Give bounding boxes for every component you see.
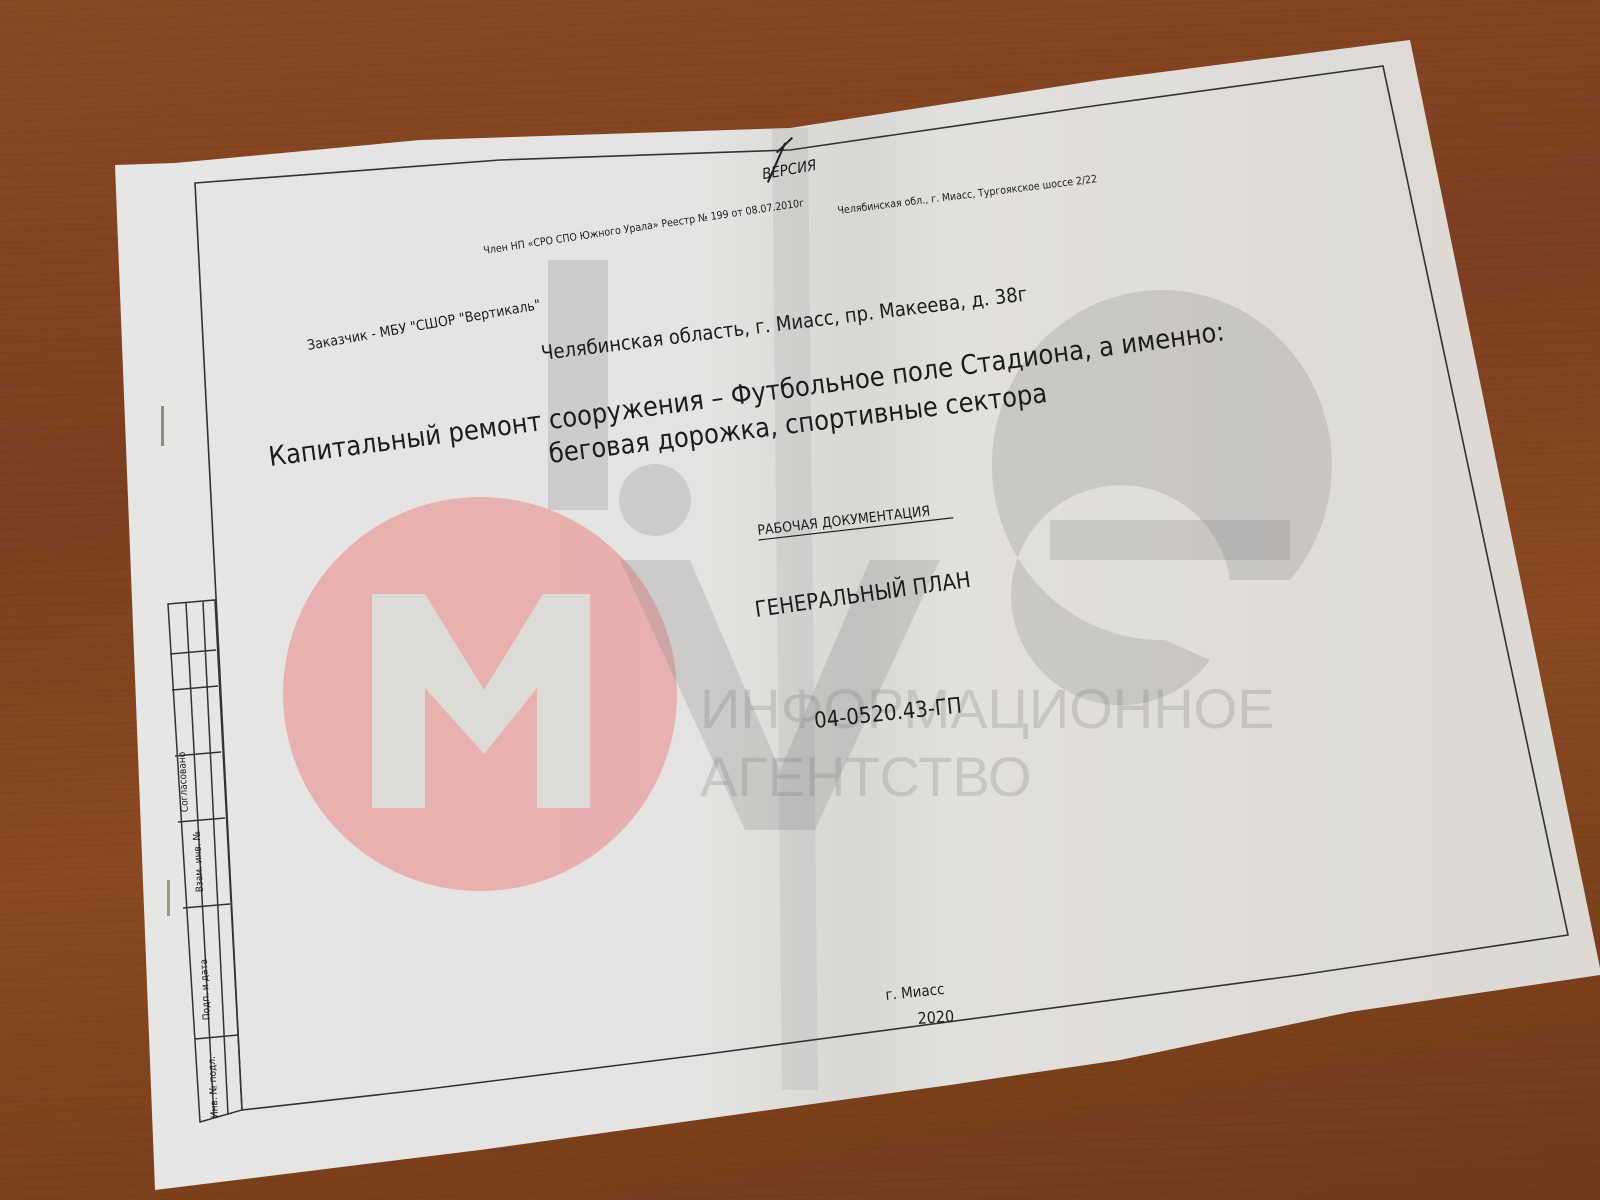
watermark-logo bbox=[283, 497, 677, 891]
watermark-agency-line2: АГЕНТСТВО bbox=[700, 745, 1032, 808]
staple-bottom bbox=[167, 880, 170, 916]
watermark-agency-line1: ИНФОРМАЦИОННОЕ bbox=[700, 677, 1275, 740]
year-label: 2020 bbox=[917, 1006, 955, 1028]
photo-stage: Согласовано Взам. инв. № Подп. и дата Ин… bbox=[0, 0, 1600, 1200]
staple-top bbox=[161, 406, 164, 446]
document-photo: Согласовано Взам. инв. № Подп. и дата Ин… bbox=[0, 0, 1600, 1200]
